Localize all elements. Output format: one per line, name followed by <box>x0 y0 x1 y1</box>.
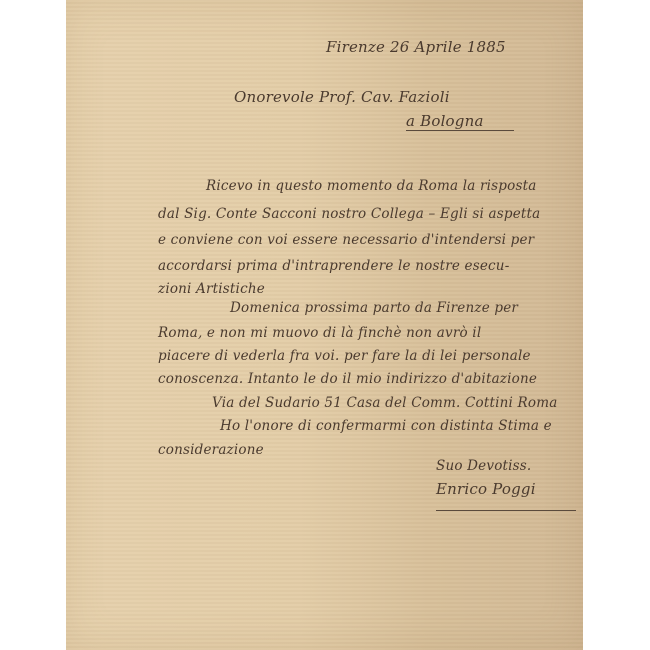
address-line: Via del Sudario 51 Casa del Comm. Cottin… <box>212 395 558 411</box>
signature: Enrico Poggi <box>436 480 576 511</box>
body-line: dal Sig. Conte Sacconi nostro Collega – … <box>158 206 540 222</box>
body-line: Ho l'onore di confermarmi con distinta S… <box>220 418 552 434</box>
body-line: zioni Artistiche <box>158 281 265 297</box>
body-line: piacere di vederla fra voi. per fare la … <box>158 348 531 364</box>
body-line: considerazione <box>158 442 264 458</box>
body-line: accordarsi prima d'intraprendere le nost… <box>158 258 509 274</box>
body-line: conoscenza. Intanto le do il mio indiriz… <box>158 371 537 387</box>
letter-paper: Firenze 26 Aprile 1885 Onorevole Prof. C… <box>66 0 583 650</box>
addressee: Onorevole Prof. Cav. Fazioli <box>234 88 450 106</box>
body-line: Roma, e non mi muovo di là finchè non av… <box>158 325 481 341</box>
addressee-city: a Bologna <box>406 112 514 131</box>
body-line: Domenica prossima parto da Firenze per <box>230 300 518 316</box>
body-line: e conviene con voi essere necessario d'i… <box>158 232 534 248</box>
body-line: Ricevo in questo momento da Roma la risp… <box>206 178 536 194</box>
dateline: Firenze 26 Aprile 1885 <box>326 38 506 56</box>
closing: Suo Devotiss. <box>436 458 531 474</box>
